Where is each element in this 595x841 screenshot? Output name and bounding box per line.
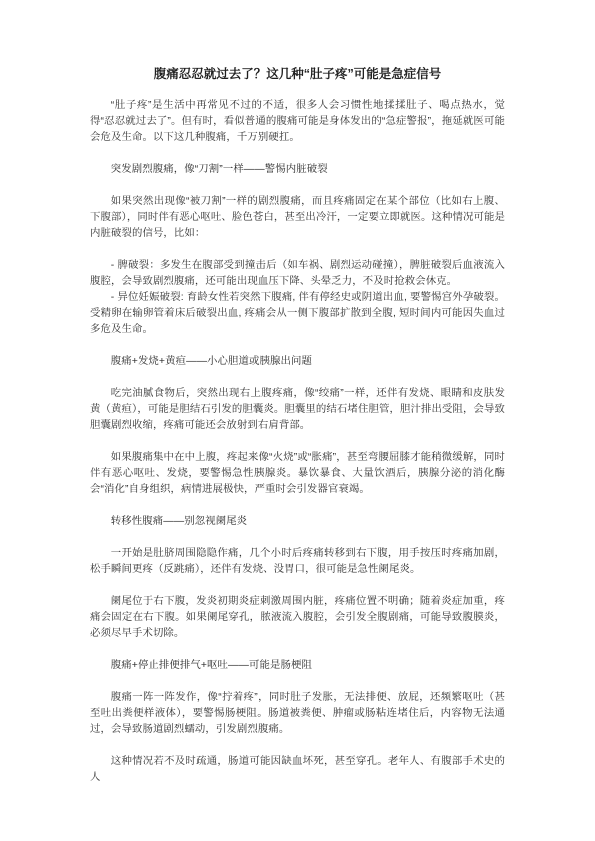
list-item-ectopic-pregnancy: - 异位妊娠破裂: 育龄女性若突然下腹痛, 伴有停经史或阴道出血, 要警惕宫外孕…	[90, 290, 505, 338]
paragraph-appendicitis-symptoms: 一开始是肚脐周围隐隐作痛，几个小时后疼痛转移到右下腹，用手按压时疼痛加剧，松手瞬…	[90, 546, 505, 578]
paragraph-bowel-obstruction: 腹痛一阵一阵发作，像“拧着疼”，同时肚子发胀，无法排便、放屁，还频繁呕吐（甚至吐…	[90, 690, 505, 738]
paragraph-cholecystitis: 吃完油腻食物后，突然出现右上腹疼痛，像“绞痛”一样，还伴有发烧、眼睛和皮肤发黄（…	[90, 386, 505, 434]
document-title: 腹痛忍忍就过去了？这几种“肚子疼”可能是急症信号	[90, 66, 505, 82]
list-item-spleen-rupture: - 脾破裂：多发生在腹部受到撞击后（如车祸、剧烈运动碰撞），脾脏破裂后血液流入腹…	[90, 258, 505, 290]
section-heading-appendicitis: 转移性腹痛——别忽视阑尾炎	[90, 514, 505, 530]
document-page: 腹痛忍忍就过去了？这几种“肚子疼”可能是急症信号 “肚子疼”是生活中再常见不过的…	[0, 0, 595, 841]
section-heading-bowel-obstruction: 腹痛+停止排便排气+呕吐——可能是肠梗阻	[90, 658, 505, 674]
paragraph-bowel-obstruction-risk: 这种情况若不及时疏通，肠道可能因缺血坏死，甚至穿孔。老年人、有腹部手术史的人	[90, 754, 505, 786]
section-heading-organ-rupture: 突发剧烈腹痛，像“刀割”一样——警惕内脏破裂	[90, 162, 505, 178]
paragraph-pancreatitis: 如果腹痛集中在中上腹，疼起来像“火烧”或“胀痛”，甚至弯腰屈膝才能稍微缓解，同时…	[90, 450, 505, 498]
section-heading-biliary-pancreas: 腹痛+发烧+黄疸——小心胆道或胰腺出问题	[90, 354, 505, 370]
paragraph-appendicitis-detail: 阑尾位于右下腹，发炎初期炎症刺激周围内脏，疼痛位置不明确；随着炎症加重，疼痛会固…	[90, 594, 505, 642]
bullet-list-rupture-types: - 脾破裂：多发生在腹部受到撞击后（如车祸、剧烈运动碰撞），脾脏破裂后血液流入腹…	[90, 258, 505, 338]
paragraph-intro: “肚子疼”是生活中再常见不过的不适，很多人会习惯性地揉揉肚子、喝点热水，觉得“忍…	[90, 98, 505, 146]
paragraph-organ-rupture: 如果突然出现像“被刀割”一样的剧烈腹痛，而且疼痛固定在某个部位（比如右上腹、下腹…	[90, 194, 505, 242]
